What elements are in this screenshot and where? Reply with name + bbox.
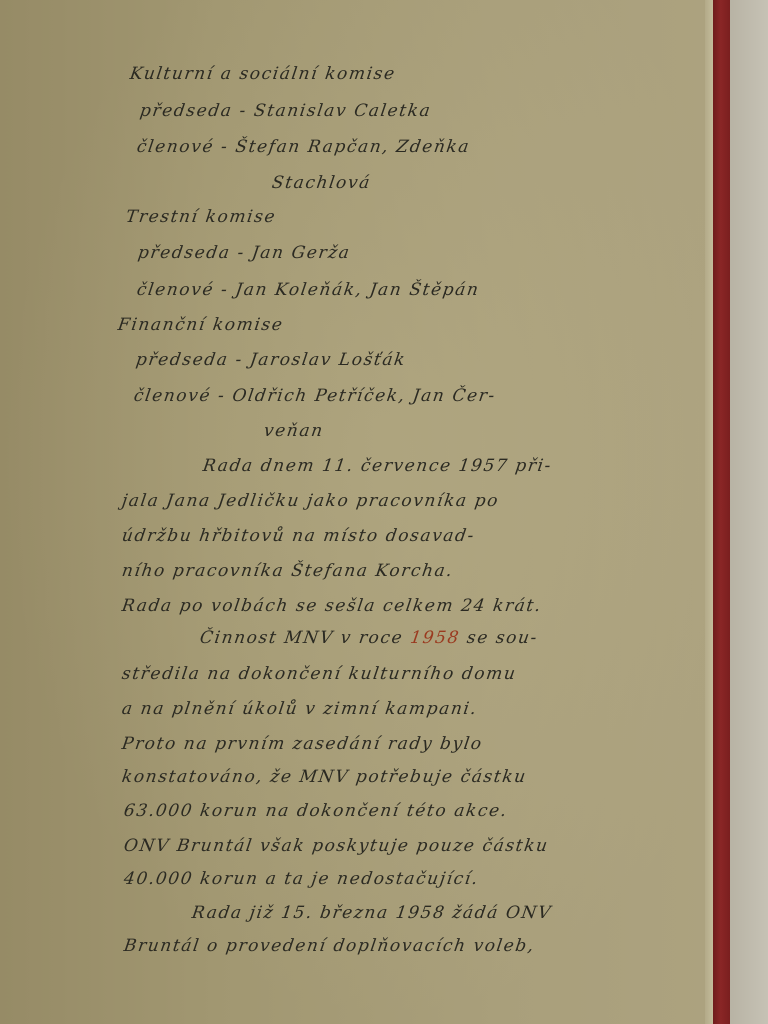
commission-chair-criminal: předseda - Jan Gerža (137, 243, 352, 263)
paragraph-line: a na plnění úkolů v zimní kampani. (121, 699, 479, 719)
commission-heading-cultural: Kulturní a sociální komise (129, 64, 398, 84)
paragraph-line: ONV Bruntál však poskytuje pouze částku (123, 836, 550, 856)
commission-chair-cultural: předseda - Stanislav Caletka (139, 101, 433, 121)
table-backdrop (730, 0, 768, 1024)
paragraph-text: se sou- (459, 628, 540, 648)
red-ink-year: 1958 (409, 628, 461, 648)
commission-members-financial: členové - Oldřich Petříček, Jan Čer- (133, 386, 498, 406)
handwritten-page: Kulturní a sociální komise předseda - St… (0, 0, 712, 1024)
paragraph-line: jala Jana Jedličku jako pracovníka po (121, 491, 501, 511)
paragraph-line: Bruntál o provedení doplňovacích voleb, (123, 936, 537, 956)
paragraph-line: ního pracovníka Štefana Korcha. (121, 561, 455, 581)
paragraph-line: konstatováno, že MNV potřebuje částku (121, 767, 529, 787)
book-binding-red (713, 0, 730, 1024)
paragraph-line: středila na dokončení kulturního domu (121, 664, 518, 684)
page-edge (705, 0, 713, 1024)
paragraph-line: údržbu hřbitovů na místo dosavad- (121, 526, 477, 546)
paragraph-line: Činnost MNV v roce 1958 se sou- (199, 628, 540, 648)
paragraph-line: 63.000 korun na dokončení této akce. (123, 801, 510, 821)
commission-members-cultural: členové - Štefan Rapčan, Zdeňka (136, 137, 472, 157)
paragraph-text: Činnost MNV v roce (199, 628, 412, 648)
commission-members-financial-cont: veňan (263, 421, 326, 441)
commission-chair-financial: předseda - Jaroslav Lošťák (135, 350, 408, 370)
paragraph-line: Proto na prvním zasedání rady bylo (121, 734, 484, 754)
paragraph-line: Rada dnem 11. července 1957 při- (202, 456, 554, 476)
paragraph-line: Rada po volbách se sešla celkem 24 krát. (121, 596, 544, 616)
commission-members-criminal: členové - Jan Koleňák, Jan Štěpán (136, 280, 481, 300)
paragraph-line: Rada již 15. března 1958 žádá ONV (191, 903, 554, 923)
photographed-document: Kulturní a sociální komise předseda - St… (0, 0, 768, 1024)
paragraph-line: 40.000 korun a ta je nedostačující. (123, 869, 481, 889)
commission-heading-criminal: Trestní komise (125, 207, 278, 227)
commission-members-cultural-cont: Stachlová (271, 173, 373, 193)
commission-heading-financial: Finanční komise (117, 315, 285, 335)
